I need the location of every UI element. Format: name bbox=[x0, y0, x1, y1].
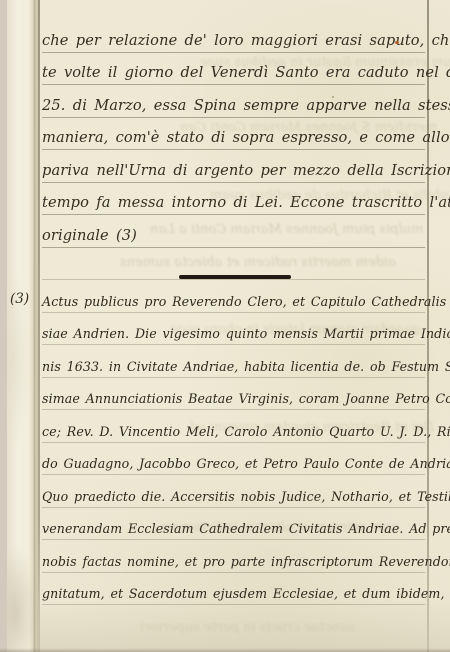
line-text: simae Annunciationis Beatae Virginis, co… bbox=[42, 391, 450, 409]
manuscript-line: simae Annunciationis Beatae Virginis, co… bbox=[42, 378, 425, 411]
left-margin-rule bbox=[38, 0, 40, 652]
manuscript-line: che per relazione de' loro maggiori eras… bbox=[42, 20, 425, 53]
line-text: ce; Rev. D. Vincentio Meli, Carolo Anton… bbox=[42, 424, 450, 442]
manuscript-line: nis 1633. in Civitate Andriae, habita li… bbox=[42, 345, 425, 378]
line-text: siae Andrien. Die vigesimo quinto mensis… bbox=[42, 326, 450, 344]
manuscript-line: tempo fa messa intorno di Lei. Eccone tr… bbox=[42, 183, 425, 216]
line-text: Actus publicus pro Reverendo Clero, et C… bbox=[42, 294, 450, 312]
text-column: che per relazione de' loro maggiori eras… bbox=[42, 20, 425, 605]
manuscript-line: Actus publicus pro Reverendo Clero, et C… bbox=[42, 280, 425, 313]
line-text: pariva nell'Urna di argento per mezzo de… bbox=[42, 162, 450, 182]
manuscript-photo: mulpis pium Joannes Mariam Conti a Lan a… bbox=[0, 0, 450, 652]
line-text: Quo praedicto die. Accersitis nobis Judi… bbox=[42, 489, 450, 507]
manuscript-line: te volte il giorno del Venerdì Santo era… bbox=[42, 53, 425, 86]
section-divider-rule bbox=[179, 275, 291, 279]
manuscript-line: nobis factas nomine, et pro parte infras… bbox=[42, 540, 425, 573]
manuscript-line: maniera, com'è stato di sopra espresso, … bbox=[42, 118, 425, 151]
line-text: nis 1633. in Civitate Andriae, habita li… bbox=[42, 359, 450, 377]
line-text: tempo fa messa intorno di Lei. Eccone tr… bbox=[42, 194, 450, 214]
line-text: maniera, com'è stato di sopra espresso, … bbox=[42, 129, 450, 149]
manuscript-line: 25. di Marzo, essa Spina sempre apparve … bbox=[42, 85, 425, 118]
line-text: do Guadagno, Jacobbo Greco, et Petro Pau… bbox=[42, 456, 450, 474]
line-text: te volte il giorno del Venerdì Santo era… bbox=[42, 64, 450, 84]
manuscript-line: do Guadagno, Jacobbo Greco, et Petro Pau… bbox=[42, 443, 425, 476]
manuscript-line: siae Andrien. Die vigesimo quinto mensis… bbox=[42, 313, 425, 346]
section-divider-row bbox=[42, 248, 425, 281]
manuscript-line: gnitatum, et Sacerdotum ejusdem Ecclesia… bbox=[42, 573, 425, 606]
line-text: gnitatum, et Sacerdotum ejusdem Ecclesia… bbox=[42, 586, 450, 604]
line-text: che per relazione de' loro maggiori eras… bbox=[42, 32, 450, 52]
line-text: originale (3) bbox=[42, 227, 137, 247]
manuscript-line: venerandam Ecclesiam Cathedralem Civitat… bbox=[42, 508, 425, 541]
line-text: venerandam Ecclesiam Cathedralem Civitat… bbox=[42, 521, 450, 539]
manuscript-line: pariva nell'Urna di argento per mezzo de… bbox=[42, 150, 425, 183]
page-bottom-edge bbox=[0, 648, 450, 652]
manuscript-line: Quo praedicto die. Accersitis nobis Judi… bbox=[42, 475, 425, 508]
line-text: 25. di Marzo, essa Spina sempre apparve … bbox=[42, 97, 450, 117]
manuscript-line: ce; Rev. D. Vincentio Meli, Carolo Anton… bbox=[42, 410, 425, 443]
binding-crease bbox=[33, 0, 36, 652]
footnote-marker: (3) bbox=[10, 291, 29, 307]
manuscript-line: originale (3) bbox=[42, 215, 425, 248]
line-text: nobis factas nomine, et pro parte infras… bbox=[42, 554, 450, 572]
